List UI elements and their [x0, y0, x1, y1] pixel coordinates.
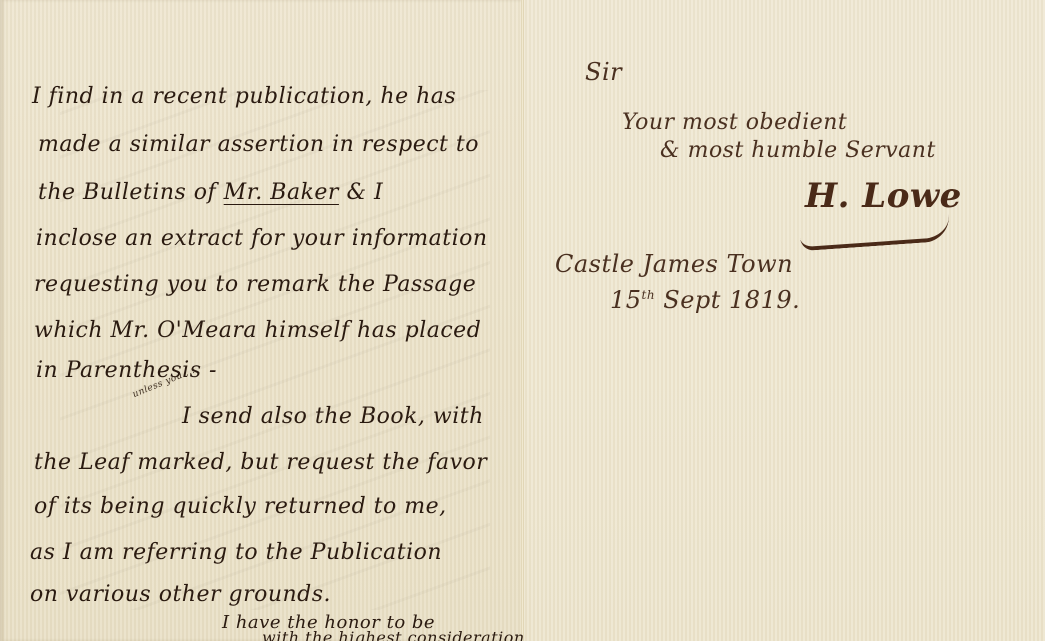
letter-line-10: of its being quickly returned to me,	[34, 494, 447, 519]
signature: H. Lowe	[805, 176, 962, 216]
letter-line-8: I send also the Book, with	[182, 404, 484, 429]
letter-line-2: made a similar assertion in respect to	[38, 132, 479, 157]
letter-line-1: I find in a recent publication, he has	[32, 84, 456, 109]
salutation: Sir	[585, 58, 622, 86]
date-suffix: th	[642, 288, 656, 302]
letter-line-3-text: the Bulletins of	[38, 180, 216, 205]
letter-line-11: as I am referring to the Publication	[30, 540, 442, 565]
bleed-through-texture	[60, 90, 490, 610]
closing-servant: & most humble Servant	[660, 138, 936, 163]
letter-line-4: inclose an extract for your information	[36, 226, 488, 251]
date-month-year: Sept 1819.	[663, 286, 800, 314]
letter-line-9: the Leaf marked, but request the favor	[34, 450, 487, 475]
letter-line-12: on various other grounds.	[30, 582, 331, 607]
letter-line-6: which Mr. O'Meara himself has placed	[34, 318, 481, 343]
date-day: 15	[610, 286, 642, 314]
letter-line-3-end: & I	[346, 180, 383, 205]
closing-obedient: Your most obedient	[622, 110, 847, 135]
letter-line-5: requesting you to remark the Passage	[34, 272, 476, 297]
closing-consideration: with the highest consideration	[262, 628, 525, 641]
letter-line-3a: the Bulletins of Mr. Baker & I	[38, 180, 383, 205]
page-fold	[521, 0, 524, 641]
date-line: 15th Sept 1819.	[610, 286, 800, 314]
letter-right-page	[523, 0, 1045, 641]
underlined-name: Mr. Baker	[224, 180, 339, 205]
place-line: Castle James Town	[555, 250, 793, 278]
